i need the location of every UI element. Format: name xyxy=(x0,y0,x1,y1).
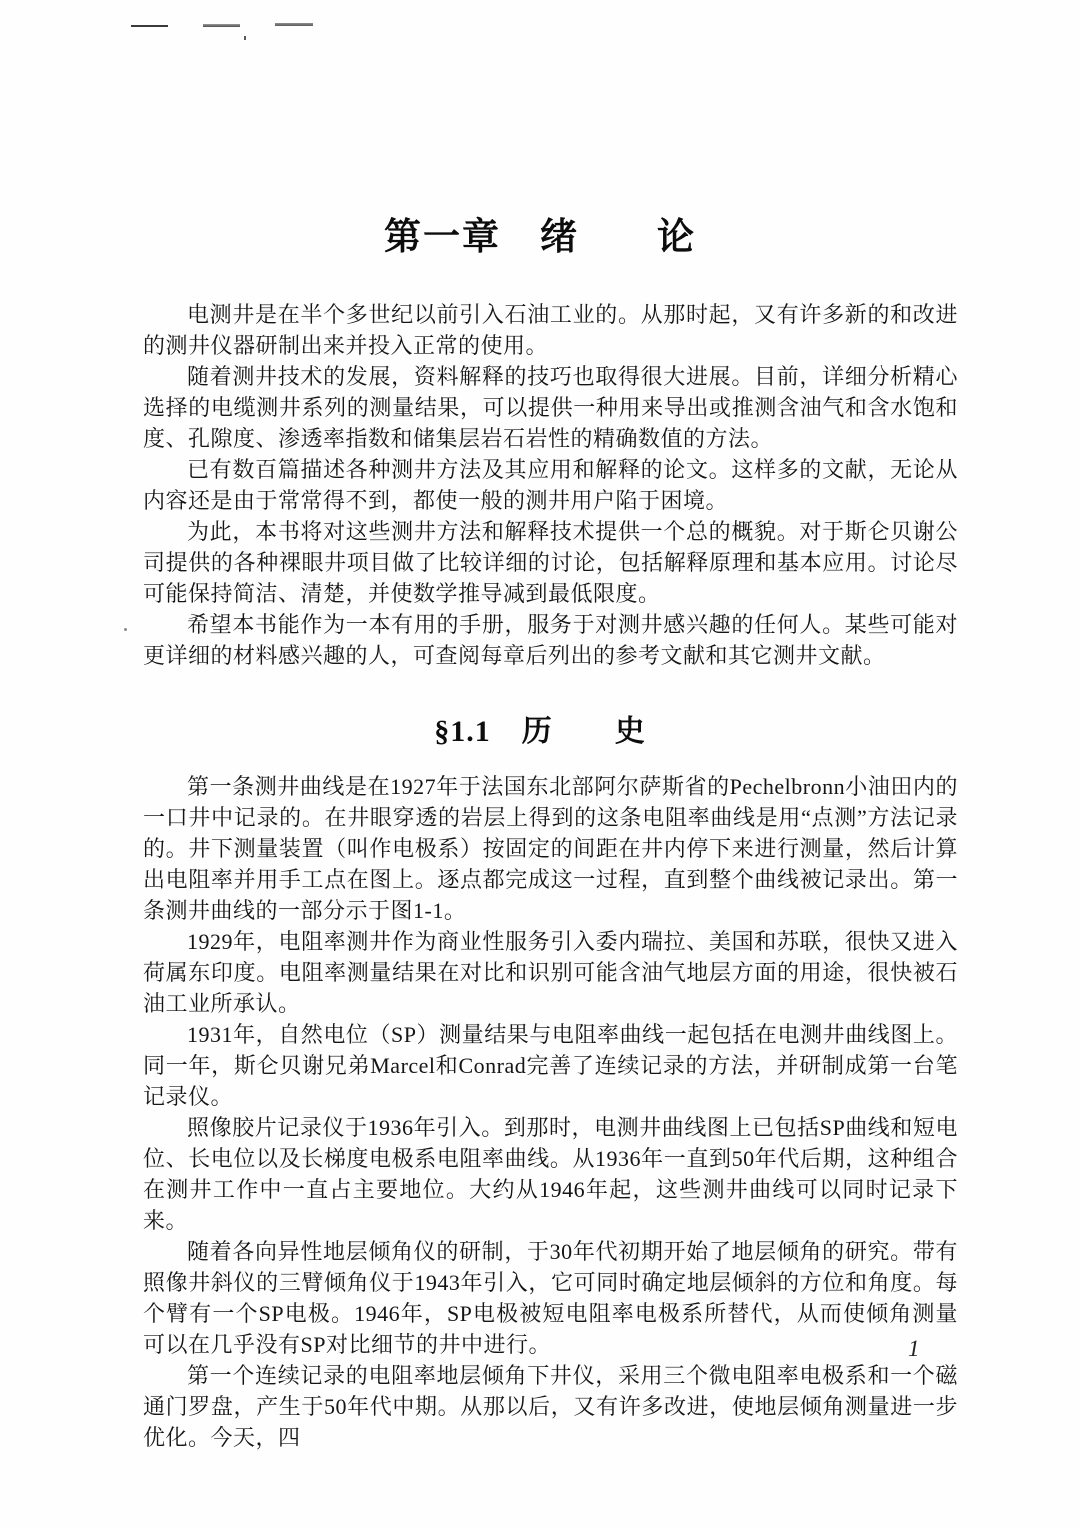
paragraph: 第一个连续记录的电阻率地层倾角下井仪，采用三个微电阻率电极系和一个磁通门罗盘，产… xyxy=(143,1360,958,1453)
paragraph: 随着各向异性地层倾角仪的研制，于30年代初期开始了地层倾角的研究。带有照像井斜仪… xyxy=(143,1236,958,1360)
section-heading: §1.1 历 史 xyxy=(0,706,1080,750)
scan-artifact-speck xyxy=(124,628,127,631)
page-number: 1 xyxy=(908,1336,920,1362)
paragraph: 1931年，自然电位（SP）测量结果与电阻率曲线一起包括在电测井曲线图上。同一年… xyxy=(143,1019,958,1112)
scanned-book-page: 第一章 绪 论 电测井是在半个多世纪以前引入石油工业的。从那时起，又有许多新的和… xyxy=(0,0,1080,1528)
paragraph: 电测井是在半个多世纪以前引入石油工业的。从那时起，又有许多新的和改进的测井仪器研… xyxy=(143,299,958,361)
chapter-title: 第一章 绪 论 xyxy=(0,206,1080,260)
paragraph: 1929年，电阻率测井作为商业性服务引入委内瑞拉、美国和苏联，很快又进入荷属东印… xyxy=(143,926,958,1019)
history-text-block: 第一条测井曲线是在1927年于法国东北部阿尔萨斯省的Pechelbronn小油田… xyxy=(143,771,958,1453)
paragraph: 为此，本书将对这些测井方法和解释技术提供一个总的概貌。对于斯仑贝谢公司提供的各种… xyxy=(143,516,958,609)
scan-artifact-line xyxy=(203,24,240,27)
scan-artifact-speck xyxy=(244,36,246,40)
scan-artifact-line xyxy=(275,23,313,26)
paragraph: 随着测井技术的发展，资料解释的技巧也取得很大进展。目前，详细分析精心选择的电缆测… xyxy=(143,361,958,454)
paragraph: 第一条测井曲线是在1927年于法国东北部阿尔萨斯省的Pechelbronn小油田… xyxy=(143,771,958,926)
paragraph: 照像胶片记录仪于1936年引入。到那时，电测井曲线图上已包括SP曲线和短电位、长… xyxy=(143,1112,958,1236)
intro-text-block: 电测井是在半个多世纪以前引入石油工业的。从那时起，又有许多新的和改进的测井仪器研… xyxy=(143,299,958,671)
paragraph: 已有数百篇描述各种测井方法及其应用和解释的论文。这样多的文献，无论从内容还是由于… xyxy=(143,454,958,516)
scan-artifact-line xyxy=(131,25,168,27)
paragraph: 希望本书能作为一本有用的手册，服务于对测井感兴趣的任何人。某些可能对更详细的材料… xyxy=(143,609,958,671)
